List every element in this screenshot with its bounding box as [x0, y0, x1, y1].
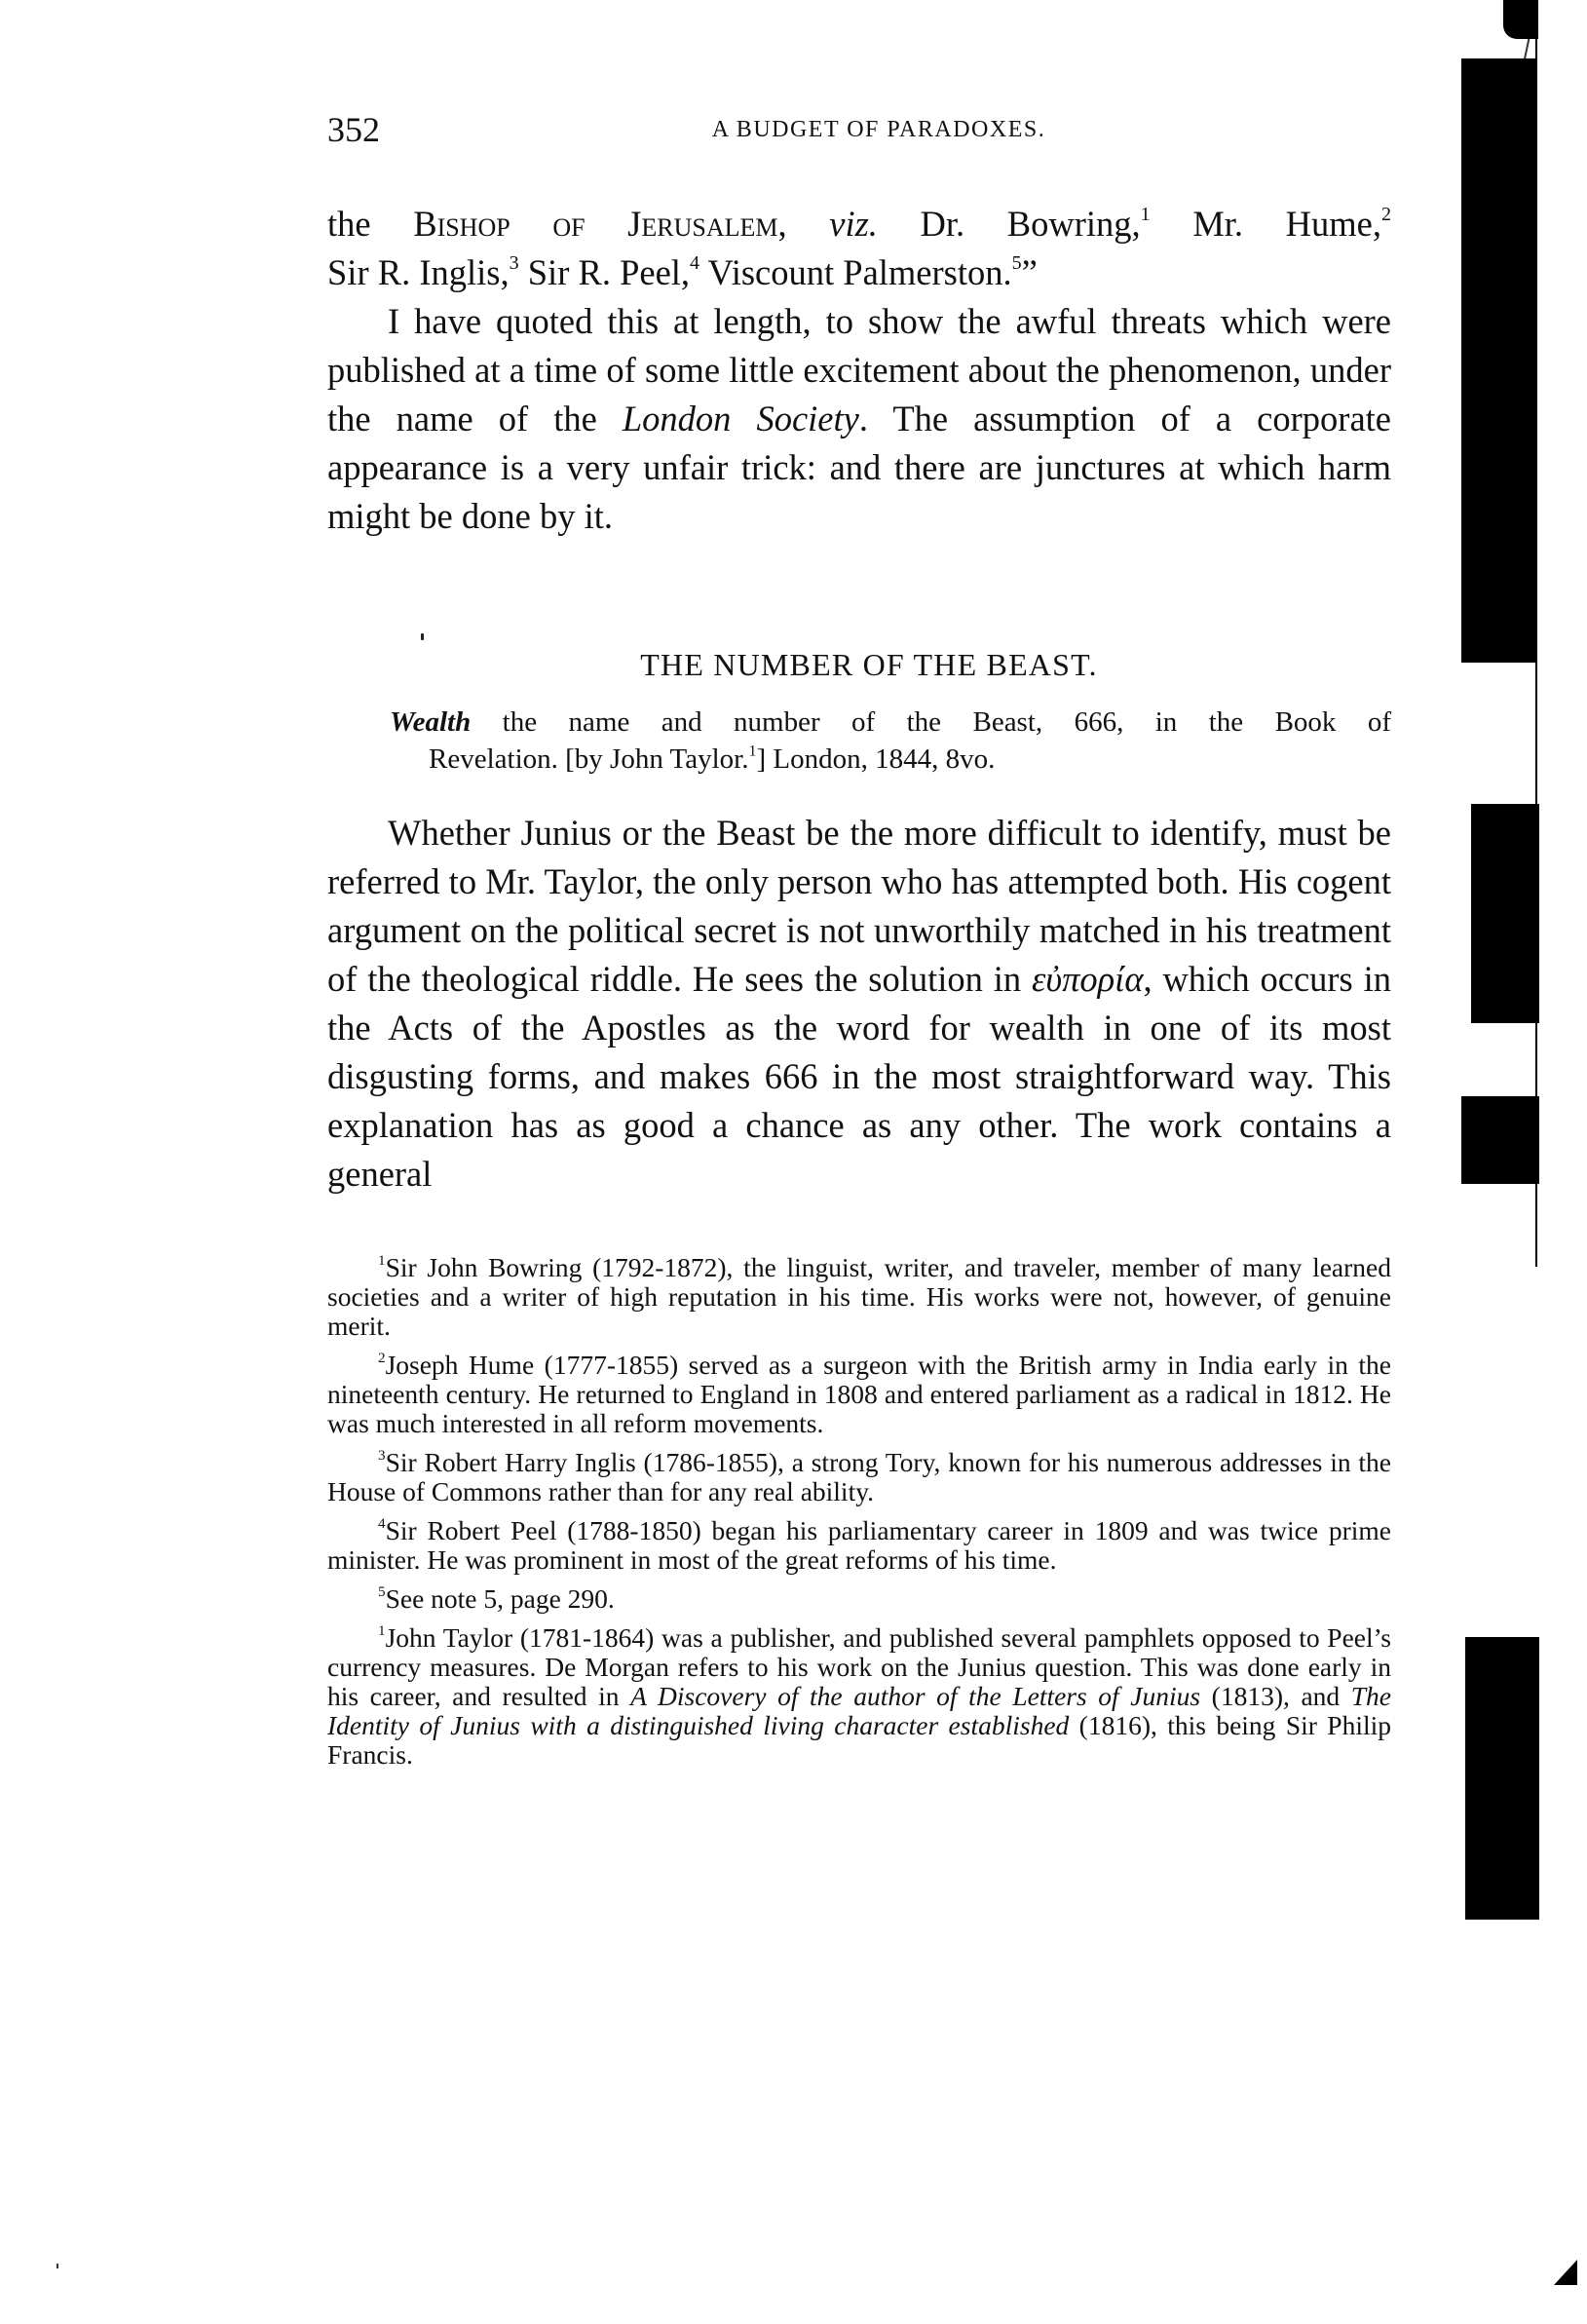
greek-word: εὐπορία — [1032, 959, 1144, 999]
scan-shadow — [1471, 804, 1539, 1023]
ink-speck — [421, 633, 424, 640]
footnote-ref: 2 — [1381, 204, 1391, 225]
scan-shadow — [1503, 0, 1538, 39]
scan-edge-line — [1535, 0, 1537, 1267]
scan-corner — [1554, 2260, 1577, 2285]
text-line: Sir R. Inglis,3 Sir R. Peel,4 Viscount P… — [327, 248, 1391, 297]
footnote: 1Sir John Bowring (1792-1872), the lingu… — [327, 1253, 1391, 1341]
footnote-ref: 4 — [690, 252, 699, 274]
beast-paragraph: Whether Junius or the Beast be the more … — [327, 809, 1391, 1199]
opening-paragraph: the Bishop of Jerusalem, viz. Dr. Bowrin… — [327, 200, 1391, 541]
ink-speck — [57, 2264, 58, 2268]
running-title: A BUDGET OF PARADOXES. — [327, 117, 1391, 143]
footnote-ref: 5 — [1012, 252, 1022, 274]
bibliography-entry: Wealth the name and number of the Beast,… — [390, 704, 1391, 778]
paragraph-quoted-at-length: I have quoted this at length, to show th… — [327, 297, 1391, 541]
scan-shadow — [1461, 1096, 1539, 1184]
footnote: 5See note 5, page 290. — [327, 1584, 1391, 1614]
text-line: the Bishop of Jerusalem, viz. Dr. Bowrin… — [327, 200, 1391, 248]
section-heading: THE NUMBER OF THE BEAST. — [327, 647, 1391, 683]
footnote: 3Sir Robert Harry Inglis (1786-1855), a … — [327, 1448, 1391, 1506]
running-head: 352 A BUDGET OF PARADOXES. — [327, 109, 1391, 148]
footnote: 1John Taylor (1781-1864) was a publisher… — [327, 1623, 1391, 1770]
footnotes: 1Sir John Bowring (1792-1872), the lingu… — [327, 1253, 1391, 1779]
book-title: Wealth — [390, 706, 471, 738]
scan-shadow — [1465, 1637, 1539, 1920]
footnote: 4Sir Robert Peel (1788-1850) began his p… — [327, 1516, 1391, 1575]
footnote-ref: 3 — [510, 252, 519, 274]
scanned-book-page: 352 A BUDGET OF PARADOXES. the Bishop of… — [0, 0, 1587, 2324]
footnote: 2Joseph Hume (1777-1855) served as a sur… — [327, 1351, 1391, 1438]
footnote-ref: 1 — [1141, 204, 1151, 225]
scan-shadow — [1461, 58, 1537, 663]
